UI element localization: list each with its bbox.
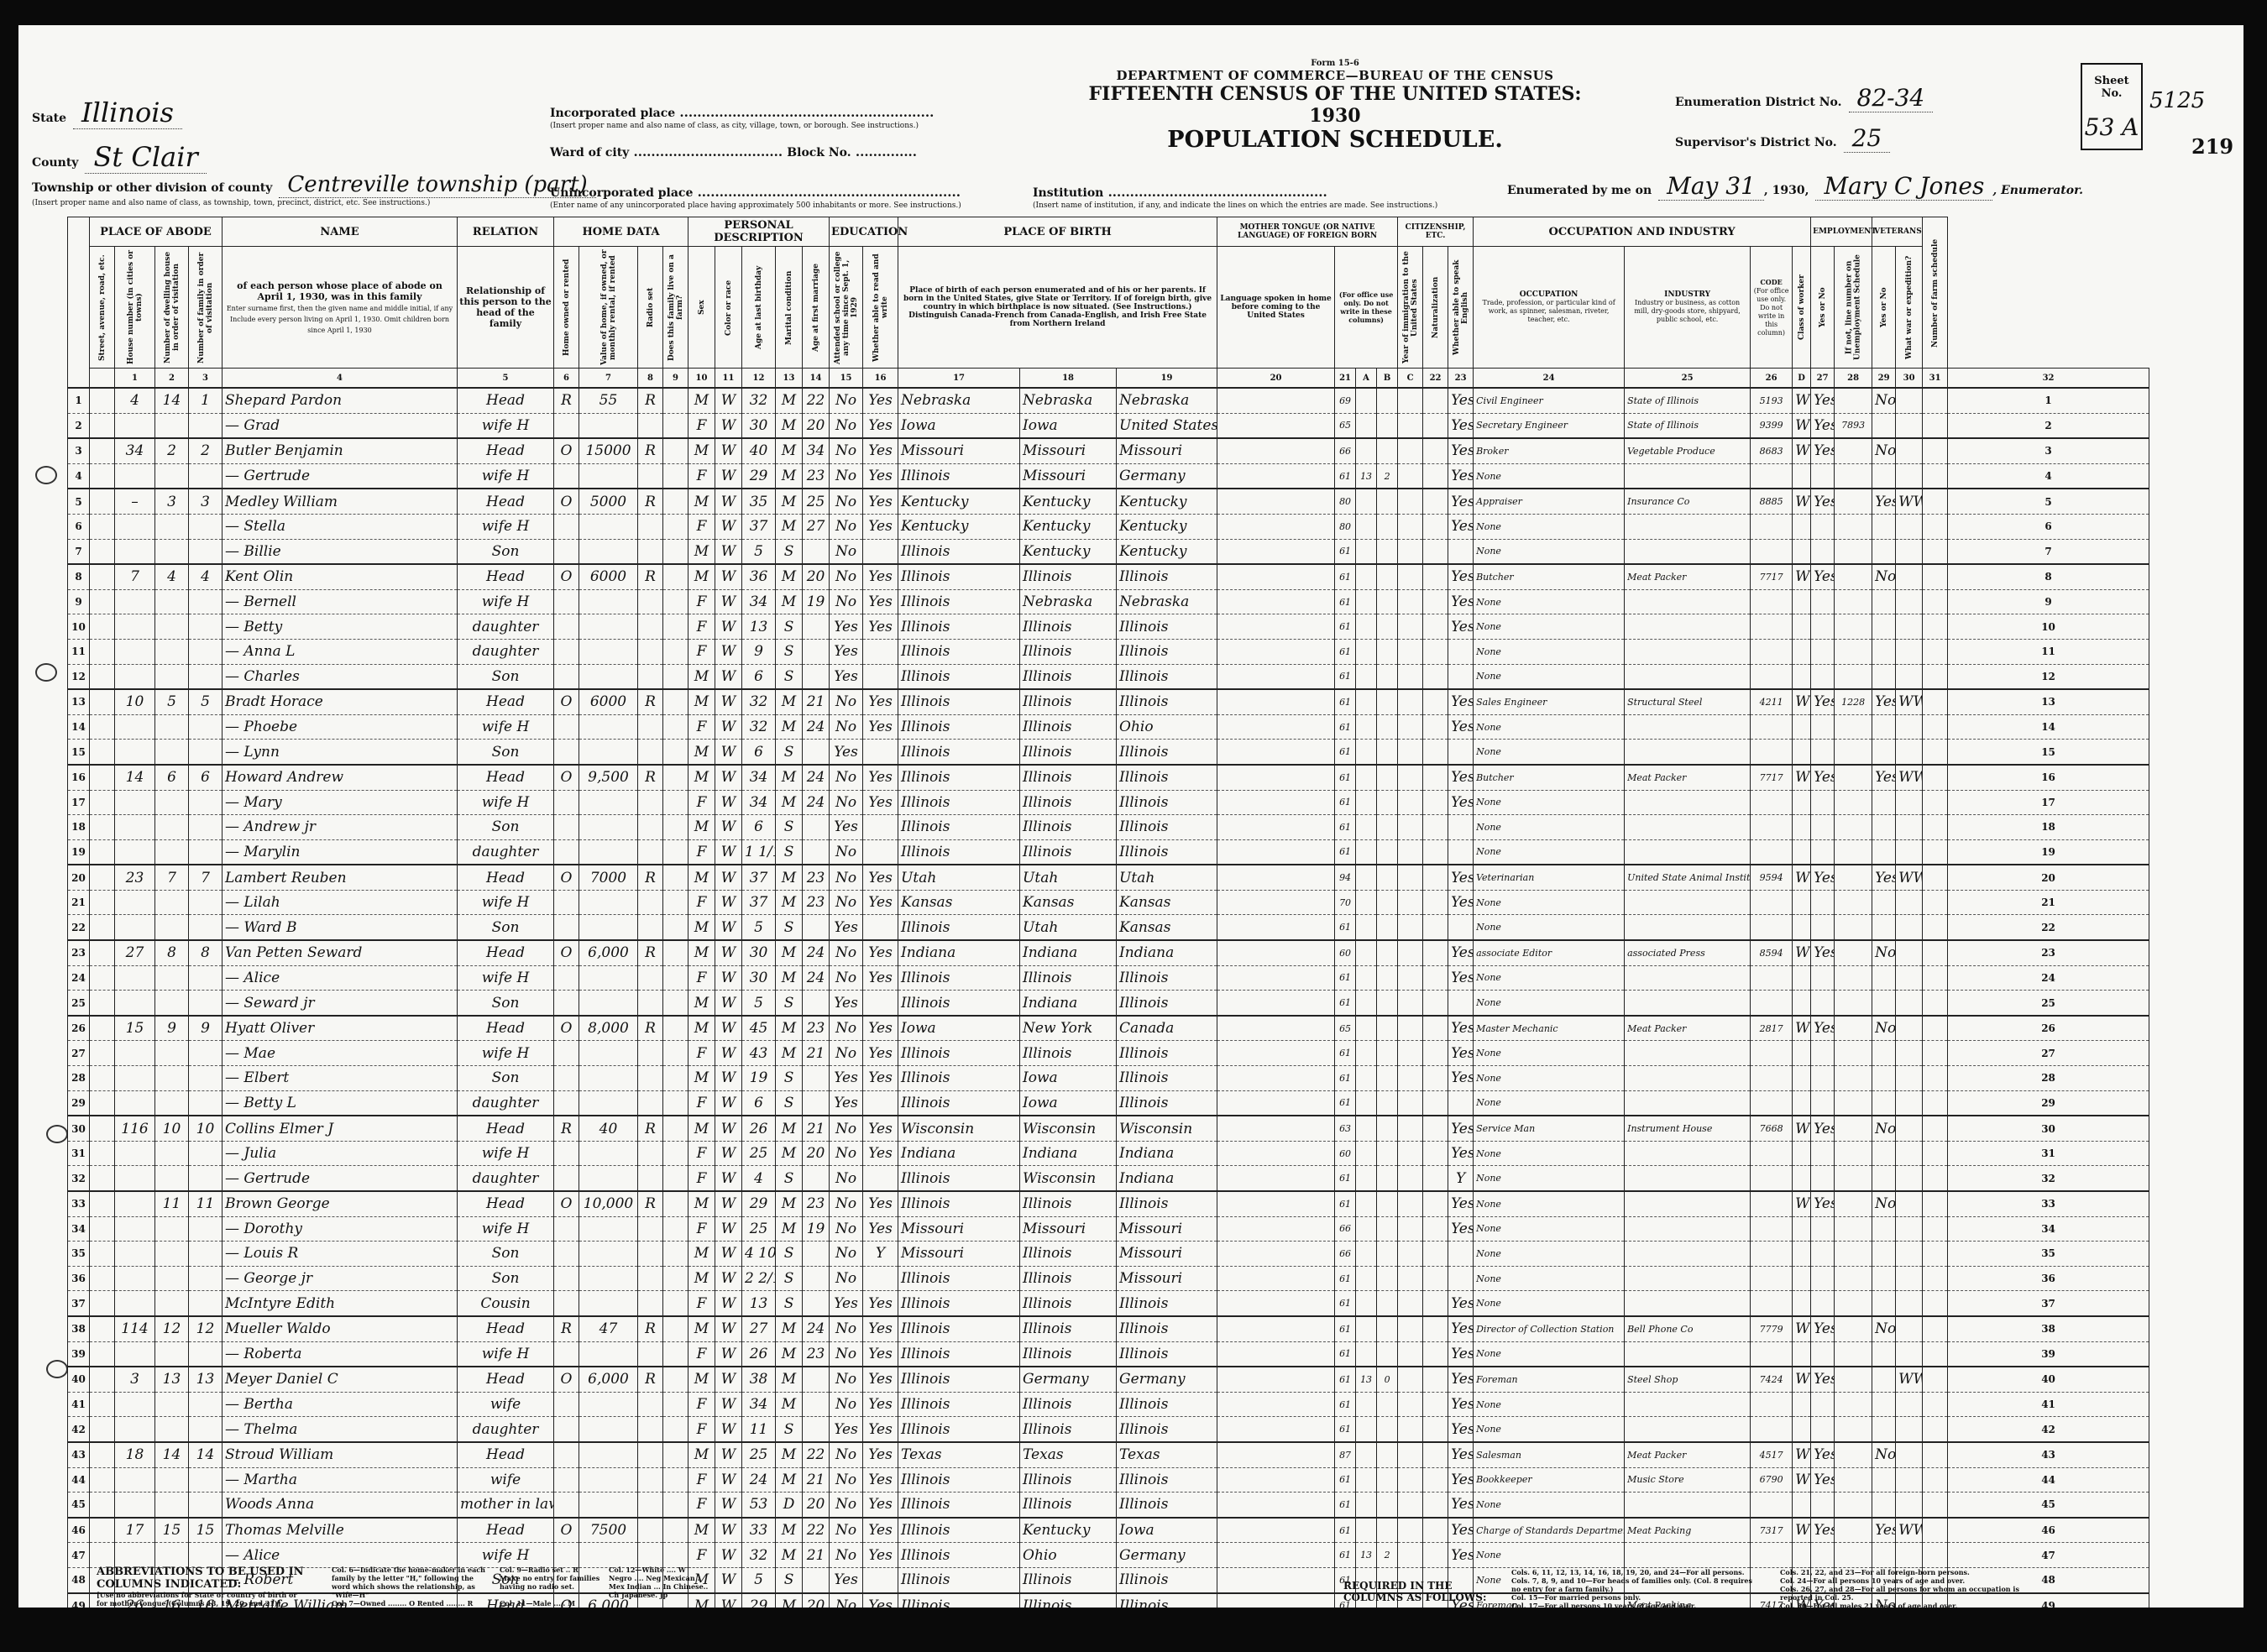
cell-unemp (1835, 965, 1872, 991)
cell-sch: No (830, 1518, 863, 1543)
cell-ind (1625, 740, 1751, 765)
cell-agem (803, 614, 830, 640)
cell-c (1377, 1141, 1398, 1166)
cell-farmno (1923, 614, 1948, 640)
line-number-right: 28 (1948, 1066, 2149, 1091)
cell-b (1356, 1266, 1377, 1291)
cell-name: — Dorothy (223, 1216, 458, 1242)
cell-unemp (1835, 1216, 1872, 1242)
column-number: 23 (1448, 369, 1474, 389)
cell-dw (155, 790, 189, 815)
cell-bp: Illinois (898, 1191, 1020, 1216)
cell-val (579, 664, 638, 689)
cell-work: Yes (1811, 1016, 1835, 1041)
cell-farm (663, 413, 688, 438)
cell-lang (1217, 991, 1335, 1016)
cell-rel: Son (458, 1266, 554, 1291)
cell-work (1811, 1543, 1835, 1568)
cell-house (115, 589, 155, 614)
cell-b (1356, 664, 1377, 689)
cell-imm (1398, 1216, 1423, 1242)
cell-nat (1423, 1341, 1448, 1367)
cell-age: 2 2/12 (742, 1266, 776, 1291)
cell-rw (863, 839, 898, 865)
cell-sex: M (688, 1016, 715, 1041)
cell-dw: 4 (155, 564, 189, 589)
cell-farmno (1923, 815, 1948, 840)
cell-agem: 20 (803, 413, 830, 438)
cell-lang (1217, 1467, 1335, 1493)
cell-ind (1625, 1392, 1751, 1417)
cell-val (579, 1543, 638, 1568)
cell-sch: Yes (830, 614, 863, 640)
cell-race: W (715, 564, 742, 589)
cell-farm (663, 1166, 688, 1191)
cell-radio (638, 1066, 663, 1091)
cell-radio (638, 639, 663, 664)
code-abc-header: (For office use only. Do not write in th… (1335, 247, 1398, 369)
cell-fam: 3 (189, 489, 223, 514)
col-7-header: Home owned or rented (554, 247, 579, 369)
cell-house (115, 1066, 155, 1091)
cell-fam (189, 1166, 223, 1191)
cell-nat (1423, 1316, 1448, 1341)
line-number: 47 (68, 1543, 90, 1568)
cell-war (1896, 965, 1923, 991)
cell-rel: Son (458, 915, 554, 940)
cell-house: 17 (115, 1518, 155, 1543)
cell-work (1811, 1493, 1835, 1518)
cell-farmno (1923, 1543, 1948, 1568)
cell-vet (1872, 1242, 1896, 1267)
cell-race: W (715, 1467, 742, 1493)
cell-imm (1398, 1417, 1423, 1442)
cell-nat (1423, 438, 1448, 463)
cell-radio: R (638, 438, 663, 463)
cell-fam (189, 1543, 223, 1568)
cell-radio (638, 664, 663, 689)
cell-ind: Meat Packing (1625, 1518, 1751, 1543)
cell-dw (155, 890, 189, 915)
cell-cls: W (1793, 689, 1811, 714)
cell-rel: Head (458, 1367, 554, 1392)
line-number: 9 (68, 589, 90, 614)
cell-name: — Martha (223, 1467, 458, 1493)
cell-b (1356, 740, 1377, 765)
cell-bp: Illinois (898, 539, 1020, 564)
cell-street (90, 639, 115, 664)
cell-sch: No (830, 1191, 863, 1216)
cell-agem: 24 (803, 940, 830, 965)
cell-occ: Civil Engineer (1474, 388, 1625, 413)
cell-dw (155, 539, 189, 564)
cell-cls (1793, 790, 1811, 815)
ed-value: 82-34 (1849, 84, 1934, 112)
cell-farmno (1923, 714, 1948, 740)
cell-a: 61 (1335, 639, 1356, 664)
cell-work (1811, 790, 1835, 815)
cell-vet (1872, 1066, 1896, 1091)
abbreviations-block: ABBREVIATIONS TO BE USED IN COLUMNS INDI… (97, 1566, 306, 1608)
cell-house (115, 1242, 155, 1267)
cell-lang (1217, 614, 1335, 640)
cell-unemp (1835, 815, 1872, 840)
cell-cls: W (1793, 865, 1811, 890)
cell-mbp: Illinois (1117, 1493, 1217, 1518)
cell-nat (1423, 890, 1448, 915)
cell-cls: W (1793, 1442, 1811, 1467)
cell-unemp (1835, 589, 1872, 614)
cell-eng: Yes (1448, 1041, 1474, 1066)
cell-sch: No (830, 839, 863, 865)
cell-house (115, 1216, 155, 1242)
cell-mar: S (776, 915, 803, 940)
cell-sch: No (830, 1367, 863, 1392)
cell-work: Yes (1811, 689, 1835, 714)
cell-fbp: New York (1020, 1016, 1117, 1041)
cell-rel: wife H (458, 1216, 554, 1242)
cell-dw (155, 1041, 189, 1066)
cell-street (90, 940, 115, 965)
cell-rw: Yes (863, 965, 898, 991)
table-row: 2— Gradwife HFW30M20NoYesIowaIowaUnited … (68, 413, 2149, 438)
cell-eng (1448, 991, 1474, 1016)
cell-val (579, 1166, 638, 1191)
column-number: 19 (1117, 369, 1217, 389)
cell-rw (863, 991, 898, 1016)
cell-age: 5 (742, 539, 776, 564)
table-row: 4— Gertrudewife HFW29M23NoYesIllinoisMis… (68, 463, 2149, 489)
cell-b: 13 (1356, 1543, 1377, 1568)
cell-farmno (1923, 1417, 1948, 1442)
cell-radio (638, 790, 663, 815)
cell-street (90, 1467, 115, 1493)
cell-sch: No (830, 714, 863, 740)
cell-b (1356, 1291, 1377, 1316)
cell-war (1896, 1467, 1923, 1493)
cell-sex: F (688, 1141, 715, 1166)
cell-agem: 24 (803, 1316, 830, 1341)
state-value: Illinois (73, 97, 182, 129)
cell-work: Yes (1811, 765, 1835, 790)
cell-imm (1398, 765, 1423, 790)
cell-own (554, 514, 579, 539)
cell-cls (1793, 463, 1811, 489)
cell-house (115, 1493, 155, 1518)
cell-dw (155, 413, 189, 438)
cell-nat (1423, 1242, 1448, 1267)
cell-name: — George jr (223, 1266, 458, 1291)
cell-unemp (1835, 1367, 1872, 1392)
cell-sex: M (688, 1367, 715, 1392)
abbrev-col12: Col. 12—White .... W Negro .... Neg Mexi… (609, 1566, 709, 1599)
cell-ind (1625, 539, 1751, 564)
cell-eng (1448, 539, 1474, 564)
cell-fam (189, 1392, 223, 1417)
cell-bp: Illinois (898, 463, 1020, 489)
cell-street (90, 1316, 115, 1341)
cell-a: 94 (1335, 865, 1356, 890)
cell-fbp: Illinois (1020, 790, 1117, 815)
cell-imm (1398, 614, 1423, 640)
cell-fbp: Missouri (1020, 463, 1117, 489)
cell-code: 9399 (1751, 413, 1793, 438)
cell-age: 30 (742, 965, 776, 991)
cell-sex: M (688, 740, 715, 765)
cell-fam: 9 (189, 1016, 223, 1041)
cell-code (1751, 539, 1793, 564)
cell-dw (155, 614, 189, 640)
cell-lang (1217, 438, 1335, 463)
cell-code: 7317 (1751, 1518, 1793, 1543)
cell-lang (1217, 1216, 1335, 1242)
cell-val (579, 1242, 638, 1267)
cell-lang (1217, 664, 1335, 689)
cell-c (1377, 1417, 1398, 1442)
cell-occ: None (1474, 589, 1625, 614)
cell-c (1377, 1191, 1398, 1216)
line-number: 26 (68, 1016, 90, 1041)
cell-unemp (1835, 1191, 1872, 1216)
cell-own (554, 915, 579, 940)
cell-unemp (1835, 1166, 1872, 1191)
column-number: 17 (898, 369, 1020, 389)
cell-fam: 8 (189, 940, 223, 965)
form-number: Form 15-6 (1066, 59, 1604, 68)
cell-radio (638, 1341, 663, 1367)
cell-ind (1625, 1191, 1751, 1216)
department-title: DEPARTMENT OF COMMERCE—BUREAU OF THE CEN… (1066, 68, 1604, 83)
cell-age: 5 (742, 915, 776, 940)
cell-unemp (1835, 388, 1872, 413)
cell-race: W (715, 1291, 742, 1316)
cell-house (115, 1291, 155, 1316)
cell-rel: wife H (458, 790, 554, 815)
cell-name: — Grad (223, 413, 458, 438)
cell-house (115, 890, 155, 915)
cell-farm (663, 1291, 688, 1316)
cell-cls: W (1793, 564, 1811, 589)
cell-nat (1423, 1016, 1448, 1041)
cell-work (1811, 664, 1835, 689)
cell-rw: Yes (863, 438, 898, 463)
cell-agem: 21 (803, 1041, 830, 1066)
table-row: 4031313Meyer Daniel CHeadO6,000RMW38MNoY… (68, 1367, 2149, 1392)
cell-fam: 4 (189, 564, 223, 589)
cell-own (554, 589, 579, 614)
line-number: 27 (68, 1041, 90, 1066)
cell-dw (155, 1166, 189, 1191)
cell-val (579, 514, 638, 539)
cell-street (90, 865, 115, 890)
cell-war (1896, 1041, 1923, 1066)
cell-race: W (715, 1392, 742, 1417)
cell-work: Yes (1811, 413, 1835, 438)
cell-lang (1217, 589, 1335, 614)
cell-name: Kent Olin (223, 564, 458, 589)
cell-sex: F (688, 1166, 715, 1191)
cell-mar: S (776, 1242, 803, 1267)
cell-bp: Illinois (898, 1066, 1020, 1091)
cell-mbp: United States (1117, 413, 1217, 438)
cell-fbp: Ohio (1020, 1543, 1117, 1568)
line-number-right: 18 (1948, 815, 2149, 840)
cell-lang (1217, 765, 1335, 790)
cell-unemp (1835, 639, 1872, 664)
cell-bp: Kansas (898, 890, 1020, 915)
cell-unemp (1835, 463, 1872, 489)
cell-sex: F (688, 839, 715, 865)
cell-mbp: Illinois (1117, 1041, 1217, 1066)
cell-own: O (554, 765, 579, 790)
cell-own (554, 1216, 579, 1242)
cell-street (90, 915, 115, 940)
cell-house (115, 639, 155, 664)
cell-sch: Yes (830, 740, 863, 765)
cell-fbp: Nebraska (1020, 388, 1117, 413)
cell-name: — Elbert (223, 1066, 458, 1091)
cell-sch: Yes (830, 1567, 863, 1592)
cell-b (1356, 1316, 1377, 1341)
cell-cls: W (1793, 413, 1811, 438)
cell-rel: Son (458, 1242, 554, 1267)
cell-b (1356, 714, 1377, 740)
cell-b (1356, 765, 1377, 790)
cell-sex: M (688, 564, 715, 589)
group-home-data: HOME DATA (554, 217, 688, 247)
cell-house (115, 1417, 155, 1442)
cell-dw (155, 965, 189, 991)
cell-own: O (554, 564, 579, 589)
cell-mar: S (776, 839, 803, 865)
cell-ind (1625, 1141, 1751, 1166)
cell-nat (1423, 1291, 1448, 1316)
cell-age: 34 (742, 790, 776, 815)
cell-b (1356, 1216, 1377, 1242)
cell-agem (803, 1392, 830, 1417)
cell-own (554, 1417, 579, 1442)
cell-sex: F (688, 965, 715, 991)
cell-rel: Head (458, 489, 554, 514)
cell-rw: Yes (863, 564, 898, 589)
cell-val (579, 890, 638, 915)
cell-unemp (1835, 1341, 1872, 1367)
cell-rel: Head (458, 1016, 554, 1041)
line-number: 20 (68, 865, 90, 890)
cell-age: 37 (742, 890, 776, 915)
cell-occ: None (1474, 1066, 1625, 1091)
cell-vet (1872, 1341, 1896, 1367)
cell-vet (1872, 890, 1896, 915)
cell-unemp: 1228 (1835, 689, 1872, 714)
cell-ind: Steel Shop (1625, 1367, 1751, 1392)
cell-cls (1793, 1417, 1811, 1442)
cell-code (1751, 664, 1793, 689)
cell-dw (155, 1291, 189, 1316)
cell-fam (189, 664, 223, 689)
cell-imm (1398, 664, 1423, 689)
cell-fam: 7 (189, 865, 223, 890)
cell-bp: Indiana (898, 940, 1020, 965)
cell-radio (638, 413, 663, 438)
cell-house (115, 1392, 155, 1417)
cell-street (90, 790, 115, 815)
cell-nat (1423, 1367, 1448, 1392)
cell-rw: Yes (863, 1141, 898, 1166)
cell-lang (1217, 1442, 1335, 1467)
cell-occ: None (1474, 614, 1625, 640)
cell-fbp: Illinois (1020, 639, 1117, 664)
cell-bp: Illinois (898, 991, 1020, 1016)
cell-nat (1423, 991, 1448, 1016)
cell-mar: S (776, 1066, 803, 1091)
cell-age: 34 (742, 765, 776, 790)
cell-val: 8,000 (579, 1016, 638, 1041)
cell-c (1377, 1090, 1398, 1116)
line-number: 13 (68, 689, 90, 714)
cell-sch: No (830, 1041, 863, 1066)
cell-dw (155, 1341, 189, 1367)
cell-a: 61 (1335, 965, 1356, 991)
line-number: 31 (68, 1141, 90, 1166)
cell-b (1356, 514, 1377, 539)
cell-eng: Yes (1448, 1141, 1474, 1166)
cell-vet (1872, 589, 1896, 614)
cell-own (554, 539, 579, 564)
cell-work (1811, 1166, 1835, 1191)
cell-fam (189, 1266, 223, 1291)
cell-fbp: Kentucky (1020, 514, 1117, 539)
cell-war (1896, 664, 1923, 689)
cell-mar: S (776, 740, 803, 765)
cell-rw: Yes (863, 514, 898, 539)
cell-c (1377, 865, 1398, 890)
line-number-right: 10 (1948, 614, 2149, 640)
cell-farmno (1923, 514, 1948, 539)
line-number: 25 (68, 991, 90, 1016)
cell-unemp (1835, 839, 1872, 865)
line-number-right: 33 (1948, 1191, 2149, 1216)
cell-nat (1423, 1417, 1448, 1442)
cell-radio (638, 965, 663, 991)
cell-farmno (1923, 1493, 1948, 1518)
cell-fbp: Texas (1020, 1442, 1117, 1467)
cell-b (1356, 689, 1377, 714)
cell-street (90, 1367, 115, 1392)
cell-c (1377, 965, 1398, 991)
cell-age: 13 (742, 614, 776, 640)
table-row: 46171515Thomas MelvilleHeadO7500MW33M22N… (68, 1518, 2149, 1543)
cell-radio (638, 1493, 663, 1518)
column-number: 26 (1751, 369, 1793, 389)
cell-agem: 24 (803, 790, 830, 815)
cell-vet (1872, 614, 1896, 640)
cell-occ: None (1474, 1266, 1625, 1291)
cell-eng: Yes (1448, 1291, 1474, 1316)
cell-code: 4517 (1751, 1442, 1793, 1467)
table-row: 232788Van Petten SewardHeadO6,000RMW30M2… (68, 940, 2149, 965)
cell-sex: F (688, 1341, 715, 1367)
cell-lang (1217, 639, 1335, 664)
cell-rw: Yes (863, 1316, 898, 1341)
cell-farm (663, 714, 688, 740)
cell-imm (1398, 839, 1423, 865)
cell-lang (1217, 815, 1335, 840)
cell-nat (1423, 564, 1448, 589)
cell-mar: M (776, 1016, 803, 1041)
cell-fbp: Missouri (1020, 438, 1117, 463)
cell-own (554, 1291, 579, 1316)
